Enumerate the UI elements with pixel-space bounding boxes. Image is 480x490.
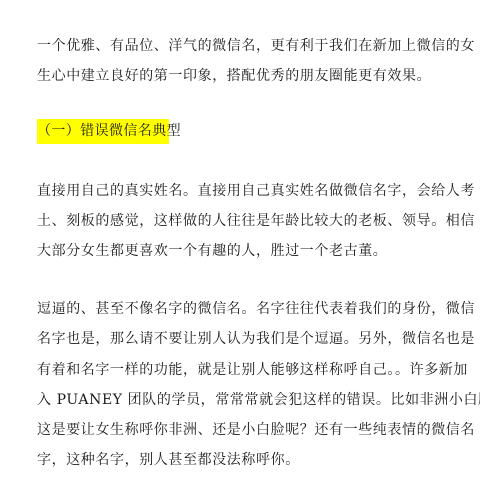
paragraph-3-line-1: 逗逼的、甚至不像名字的微信名。名字往往代表着我们的身份，微信 [37,301,475,317]
paragraph-3-line-4: 入 PUANEY 团队的学员，常常常就会犯这样的错误。比如非洲小白脸， [37,392,480,408]
paragraph-2-line-3: 大部分女生都更喜欢一个有趣的人，胜过一个老古董。 [37,243,387,259]
section-heading: （一）错误微信名典型 [37,119,169,144]
paragraph-2-line-2: 土、刻板的感觉，这样做的人往往是年龄比较大的老板、领导。相信 [37,213,475,229]
paragraph-2-line-1: 直接用自己的真实姓名。直接用自己真实姓名做微信名字，会给人考 [37,183,475,199]
paragraph-1-line-2: 生心中建立良好的第一印象，搭配优秀的朋友圈能更有效果。 [37,68,431,84]
paragraph-1-line-1: 一个优雅、有品位、洋气的微信名，更有利于我们在新加上微信的女 [37,38,475,54]
paragraph-3-line-2: 名字也是，那么请不要让别人认为我们是个逗逼。另外，微信名也是 [37,331,475,347]
paragraph-3-line-6: 字，这种名字，别人甚至都没法称呼你。 [37,452,300,468]
paragraph-3-line-3: 有着和名字一样的功能，就是让别人能够这样称呼自己。。许多新加 [37,362,468,378]
paragraph-3-line-5: 这是要让女生称呼你非洲、还是小白脸呢？还有一些纯表情的微信名 [37,422,475,438]
